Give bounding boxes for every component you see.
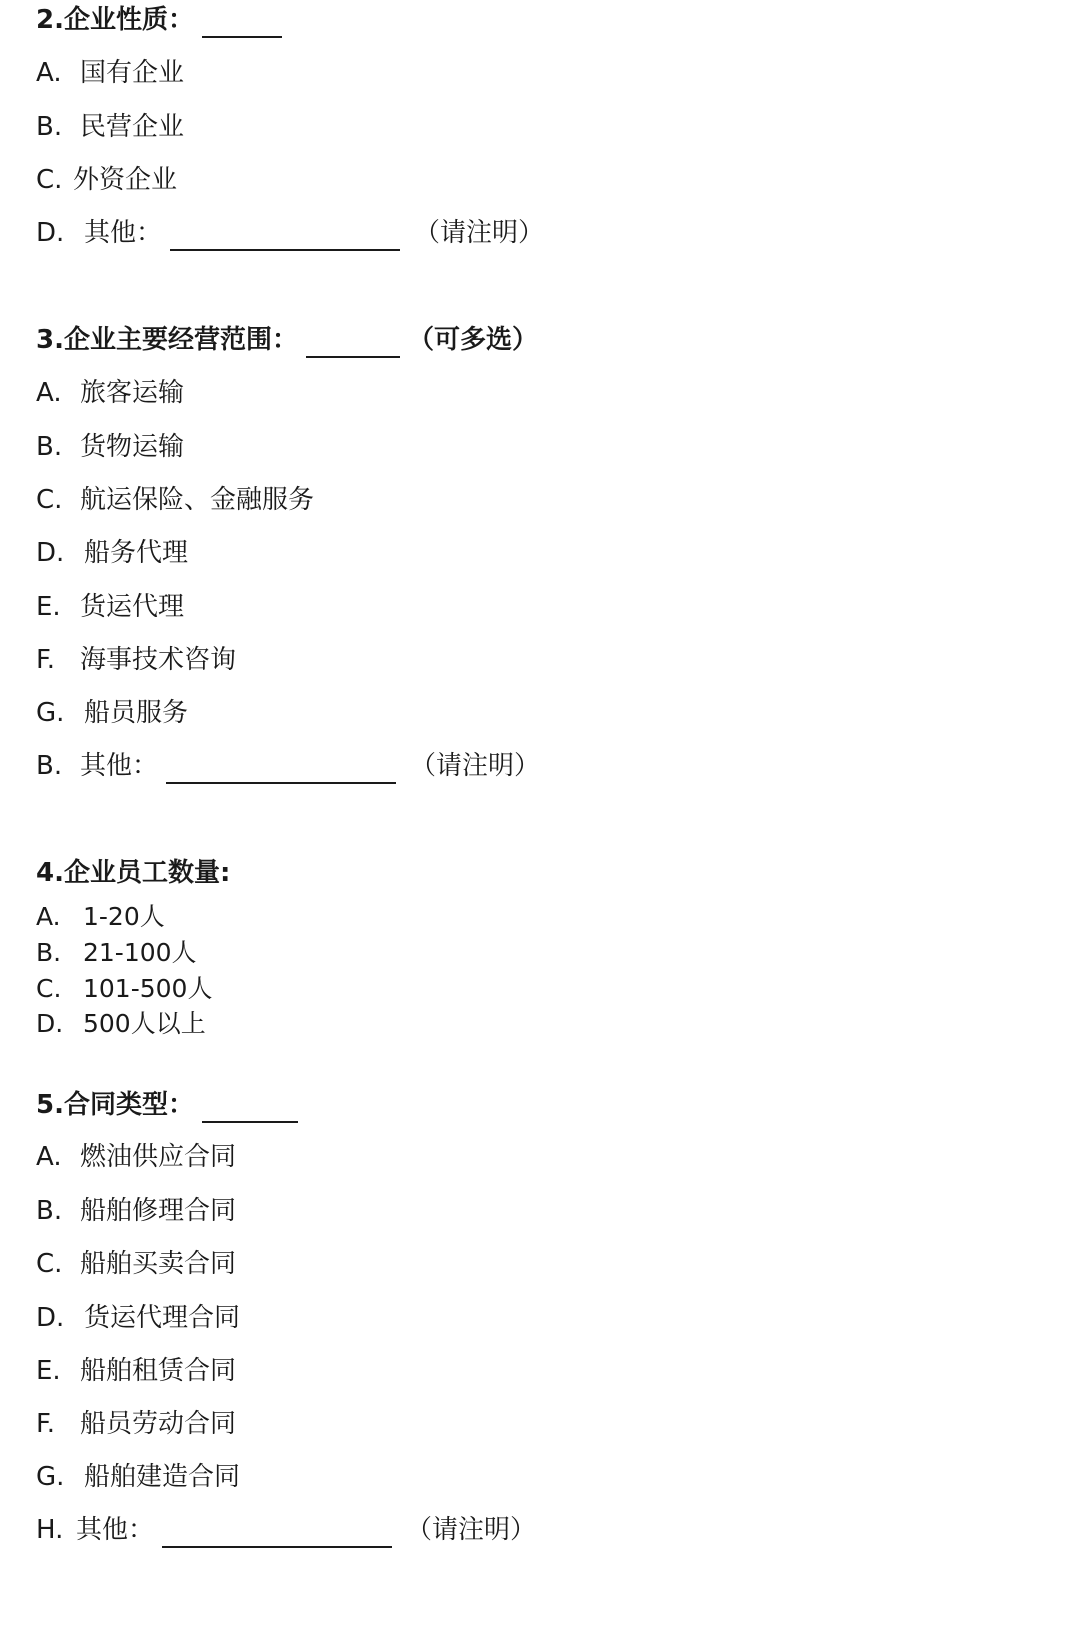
option-row[interactable]: F.海事技术咨询	[36, 642, 236, 678]
option-letter: D.	[36, 535, 84, 571]
option-row[interactable]: C.航运保险、金融服务	[36, 482, 314, 518]
option-text: 其他：	[76, 1515, 154, 1545]
option-letter: C.	[36, 482, 80, 518]
question-title: 3.企业主要经营范围：	[36, 325, 298, 355]
option-text: 500人以上	[83, 1009, 206, 1038]
answer-blank[interactable]	[202, 1093, 298, 1123]
please-specify-note: （请注明）	[414, 218, 544, 248]
option-text: 21-100人	[83, 938, 197, 967]
option-text: 民营企业	[80, 112, 184, 142]
option-row[interactable]: A.国有企业	[36, 55, 184, 91]
option-text: 其他：	[84, 218, 162, 248]
option-text: 船员服务	[84, 698, 188, 728]
option-letter: A.	[36, 900, 83, 934]
option-text: 1-20人	[83, 902, 165, 931]
multi-select-note: （可多选）	[408, 325, 538, 355]
option-letter: B.	[36, 936, 83, 970]
option-row[interactable]: D.船务代理	[36, 535, 188, 571]
please-specify-note: （请注明）	[410, 751, 540, 781]
option-letter: E.	[36, 1353, 80, 1389]
option-row[interactable]: B.货物运输	[36, 429, 184, 465]
option-row[interactable]: E.货运代理	[36, 589, 184, 625]
option-row[interactable]: A.旅客运输	[36, 375, 184, 411]
option-row[interactable]: C.外资企业	[36, 162, 177, 198]
option-text: 船舶建造合同	[84, 1462, 240, 1492]
option-row[interactable]: G.船舶建造合同	[36, 1459, 240, 1495]
option-letter: B.	[36, 748, 80, 784]
option-text: 货运代理	[80, 592, 184, 622]
option-letter: A.	[36, 375, 80, 411]
option-text: 国有企业	[80, 58, 184, 88]
question-2-title-row: 2.企业性质：	[36, 2, 290, 38]
option-text: 船舶修理合同	[80, 1196, 236, 1226]
option-row-other[interactable]: B.其他：（请注明）	[36, 748, 540, 784]
option-text: 燃油供应合同	[80, 1142, 236, 1172]
option-letter: B.	[36, 109, 80, 145]
other-specify-input[interactable]	[170, 221, 400, 251]
option-row[interactable]: A.燃油供应合同	[36, 1139, 236, 1175]
option-row[interactable]: D.500人以上	[36, 1007, 206, 1041]
question-title: 5.合同类型：	[36, 1090, 194, 1120]
option-row[interactable]: B.船舶修理合同	[36, 1193, 236, 1229]
answer-blank[interactable]	[202, 8, 282, 38]
option-letter: D.	[36, 1007, 83, 1041]
option-letter: B.	[36, 429, 80, 465]
option-letter: F.	[36, 1406, 80, 1442]
option-text: 旅客运输	[80, 378, 184, 408]
option-row[interactable]: C.101-500人	[36, 972, 212, 1006]
option-text: 航运保险、金融服务	[80, 485, 314, 515]
option-row-other[interactable]: D.其他：（请注明）	[36, 215, 544, 251]
option-text: 外资企业	[73, 165, 177, 195]
option-text: 船员劳动合同	[80, 1409, 236, 1439]
question-title: 4.企业员工数量:	[36, 858, 230, 888]
option-row[interactable]: E.船舶租赁合同	[36, 1353, 236, 1389]
other-specify-input[interactable]	[166, 754, 396, 784]
option-letter: B.	[36, 1193, 80, 1229]
option-text: 其他：	[80, 751, 158, 781]
option-letter: C.	[36, 972, 83, 1006]
option-row[interactable]: B.21-100人	[36, 936, 197, 970]
option-letter: H.	[36, 1512, 76, 1548]
option-text: 货运代理合同	[84, 1303, 240, 1333]
option-row[interactable]: A.1-20人	[36, 900, 165, 934]
option-letter: E.	[36, 589, 80, 625]
option-letter: A.	[36, 1139, 80, 1175]
option-text: 船务代理	[84, 538, 188, 568]
option-letter: C.	[36, 162, 73, 198]
please-specify-note: （请注明）	[406, 1515, 536, 1545]
option-row-other[interactable]: H.其他：（请注明）	[36, 1512, 536, 1548]
option-letter: G.	[36, 695, 84, 731]
question-4-title-row: 4.企业员工数量:	[36, 855, 230, 891]
answer-blank[interactable]	[306, 328, 400, 358]
option-letter: D.	[36, 1300, 84, 1336]
option-row[interactable]: F.船员劳动合同	[36, 1406, 236, 1442]
option-letter: D.	[36, 215, 84, 251]
option-letter: A.	[36, 55, 80, 91]
option-text: 货物运输	[80, 432, 184, 462]
option-text: 船舶租赁合同	[80, 1356, 236, 1386]
option-letter: G.	[36, 1459, 84, 1495]
option-text: 101-500人	[83, 974, 212, 1003]
option-text: 海事技术咨询	[80, 645, 236, 675]
question-5-title-row: 5.合同类型：	[36, 1087, 306, 1123]
option-letter: F.	[36, 642, 80, 678]
option-row[interactable]: C.船舶买卖合同	[36, 1246, 236, 1282]
option-row[interactable]: G.船员服务	[36, 695, 188, 731]
other-specify-input[interactable]	[162, 1518, 392, 1548]
option-row[interactable]: D.货运代理合同	[36, 1300, 240, 1336]
option-row[interactable]: B.民营企业	[36, 109, 184, 145]
question-title: 2.企业性质：	[36, 5, 194, 35]
question-3-title-row: 3.企业主要经营范围：（可多选）	[36, 322, 538, 358]
option-text: 船舶买卖合同	[80, 1249, 236, 1279]
option-letter: C.	[36, 1246, 80, 1282]
